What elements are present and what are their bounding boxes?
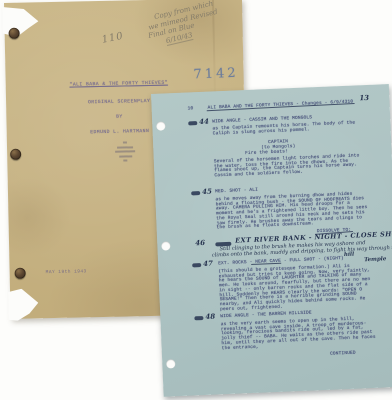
brass-brad [10, 149, 21, 160]
ink-scribble [194, 316, 203, 320]
ink-scribble [188, 121, 197, 125]
ink-scribble [192, 263, 201, 267]
cover-title: "ALI BABA & THE FORTY THIEVES" [44, 80, 194, 88]
scene-number: 45 [202, 187, 212, 196]
photo-backdrop: Copy from which we mimeod Revised Final … [0, 0, 392, 400]
action-paragraph: (This should be a grotesque formation.) … [218, 264, 375, 313]
cover-date: MAY 19th 1943 [46, 269, 87, 275]
file-number-stamp: 7142 [193, 66, 239, 83]
brass-brad [15, 268, 26, 279]
action-paragraph: Several of the horsemen light torches an… [214, 154, 367, 179]
action-paragraph: as he moves away from the burning dhow a… [215, 192, 368, 231]
handwritten-page-number: 13 [359, 93, 369, 102]
action-paragraph: as the very earth seems to open up in th… [221, 317, 380, 352]
scene-number: 48 [205, 312, 215, 321]
continued-label: CONTINUED [330, 352, 356, 358]
scene-heading: MED. SHOT - ALI [215, 189, 258, 195]
faded-stamp-block [103, 141, 147, 162]
torn-corner-top-left [2, 6, 39, 37]
punch-hole [161, 241, 170, 250]
scene-number: 46 [195, 238, 205, 247]
scene-number: 47 [203, 259, 213, 268]
page-number-left: 10 [188, 107, 194, 112]
torn-corner-bottom-left [8, 288, 39, 321]
punch-hole [166, 359, 175, 368]
handwritten-edit: Temple [364, 256, 386, 263]
script-page: 10 ALI BABA AND THE FORTY THIEVES - Chan… [151, 84, 392, 397]
ink-scribble [191, 191, 200, 195]
punch-hole [156, 121, 165, 130]
scene-number: 44 [199, 117, 209, 126]
handwritten-page-number: 110 [101, 31, 125, 46]
handwritten-edit: hill [344, 252, 355, 258]
handwritten-note: Copy from which we mimeod Revised Final … [144, 0, 238, 50]
brass-brad [9, 28, 20, 39]
